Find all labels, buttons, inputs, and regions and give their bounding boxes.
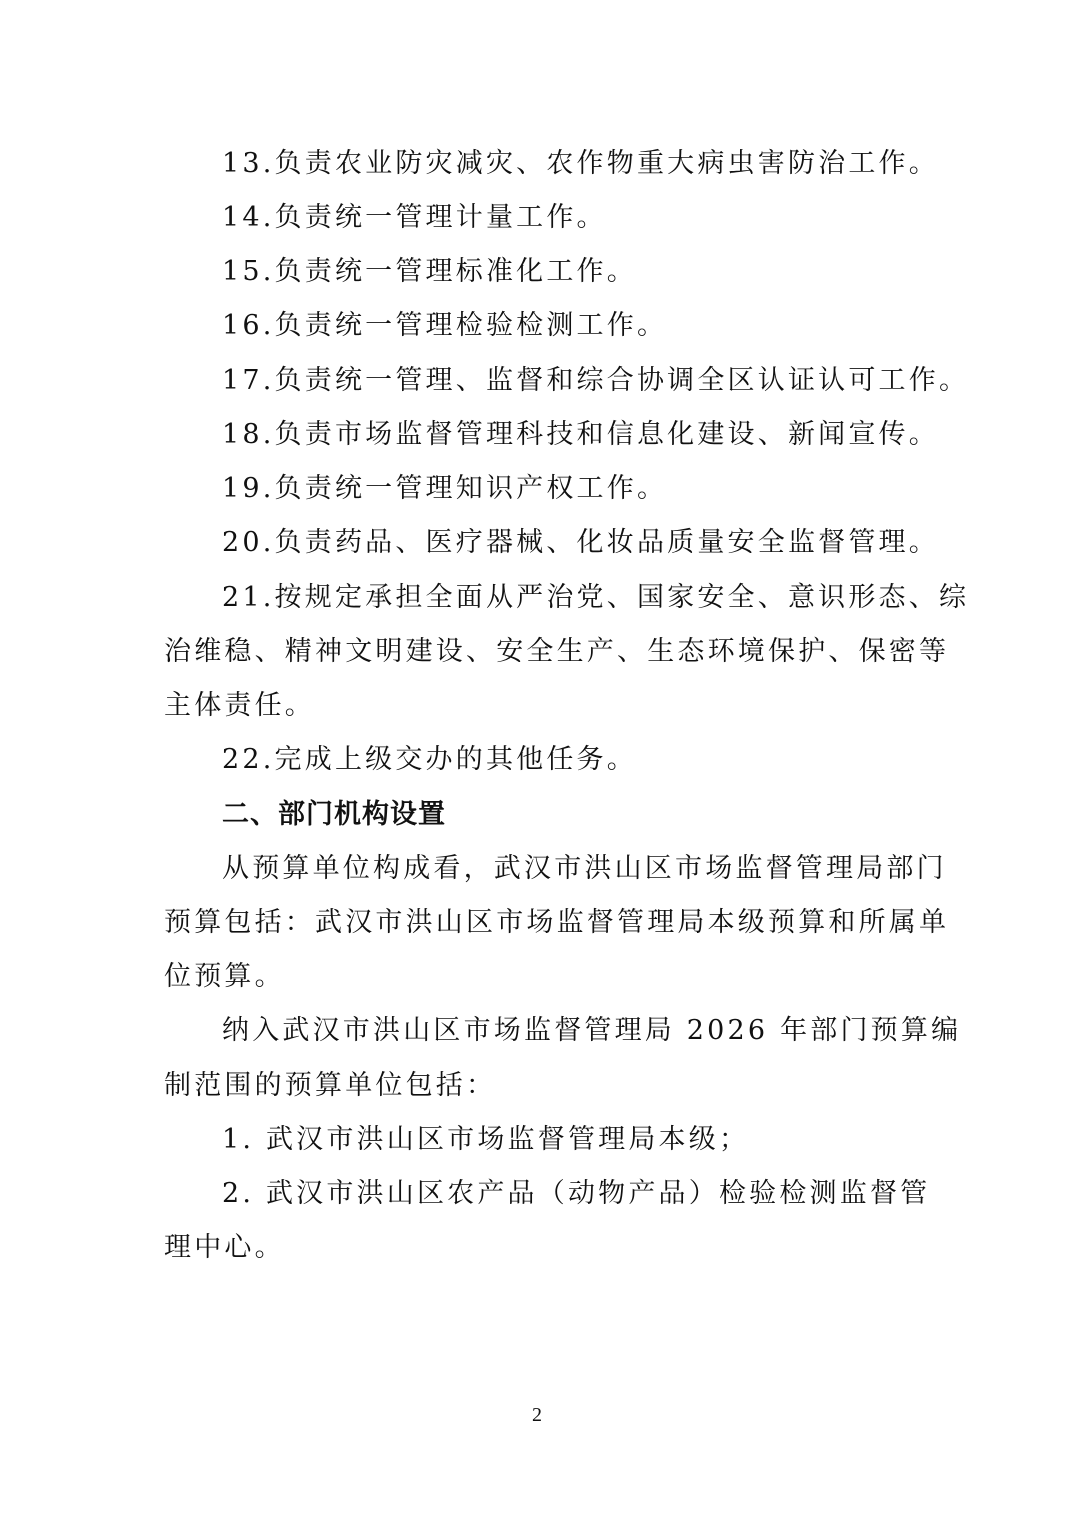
duty-item-21-line1: 21.按规定承担全面从严治党、国家安全、意识形态、综	[222, 580, 969, 616]
duty-item-13: 13.负责农业防灾减灾、农作物重大病虫害防治工作。	[222, 146, 939, 182]
duty-item-20: 20.负责药品、医疗器械、化妆品质量安全监督管理。	[222, 525, 939, 561]
duty-item-16: 16.负责统一管理检验检测工作。	[222, 308, 667, 344]
page-number: 2	[0, 1404, 1074, 1427]
duty-item-18: 18.负责市场监督管理科技和信息化建设、新闻宣传。	[222, 417, 939, 453]
paragraph-2-line2: 制范围的预算单位包括：	[164, 1068, 496, 1104]
section-heading: 二、部门机构设置	[222, 797, 446, 833]
unit-item-1: 1. 武汉市洪山区市场监督管理局本级；	[222, 1122, 749, 1158]
duty-item-21-line3: 主体责任。	[164, 688, 315, 724]
duty-item-19: 19.负责统一管理知识产权工作。	[222, 471, 667, 507]
duty-item-14: 14.负责统一管理计量工作。	[222, 200, 607, 236]
duty-item-15: 15.负责统一管理标准化工作。	[222, 254, 637, 290]
unit-item-2-line2: 理中心。	[164, 1230, 285, 1266]
duty-item-21-line2: 治维稳、精神文明建设、安全生产、生态环境保护、保密等	[164, 634, 949, 670]
unit-item-2-line1: 2. 武汉市洪山区农产品（动物产品）检验检测监督管	[222, 1176, 930, 1212]
paragraph-1-line2: 预算包括：武汉市洪山区市场监督管理局本级预算和所属单	[164, 905, 949, 941]
duty-item-22: 22.完成上级交办的其他任务。	[222, 742, 637, 778]
paragraph-2-line1: 纳入武汉市洪山区市场监督管理局 2026 年部门预算编	[222, 1013, 961, 1049]
duty-item-17: 17.负责统一管理、监督和综合协调全区认证认可工作。	[222, 363, 969, 399]
paragraph-1-line3: 位预算。	[164, 959, 285, 995]
paragraph-1-line1: 从预算单位构成看，武汉市洪山区市场监督管理局部门	[222, 851, 947, 887]
document-page: 13.负责农业防灾减灾、农作物重大病虫害防治工作。 14.负责统一管理计量工作。…	[0, 0, 1074, 1520]
